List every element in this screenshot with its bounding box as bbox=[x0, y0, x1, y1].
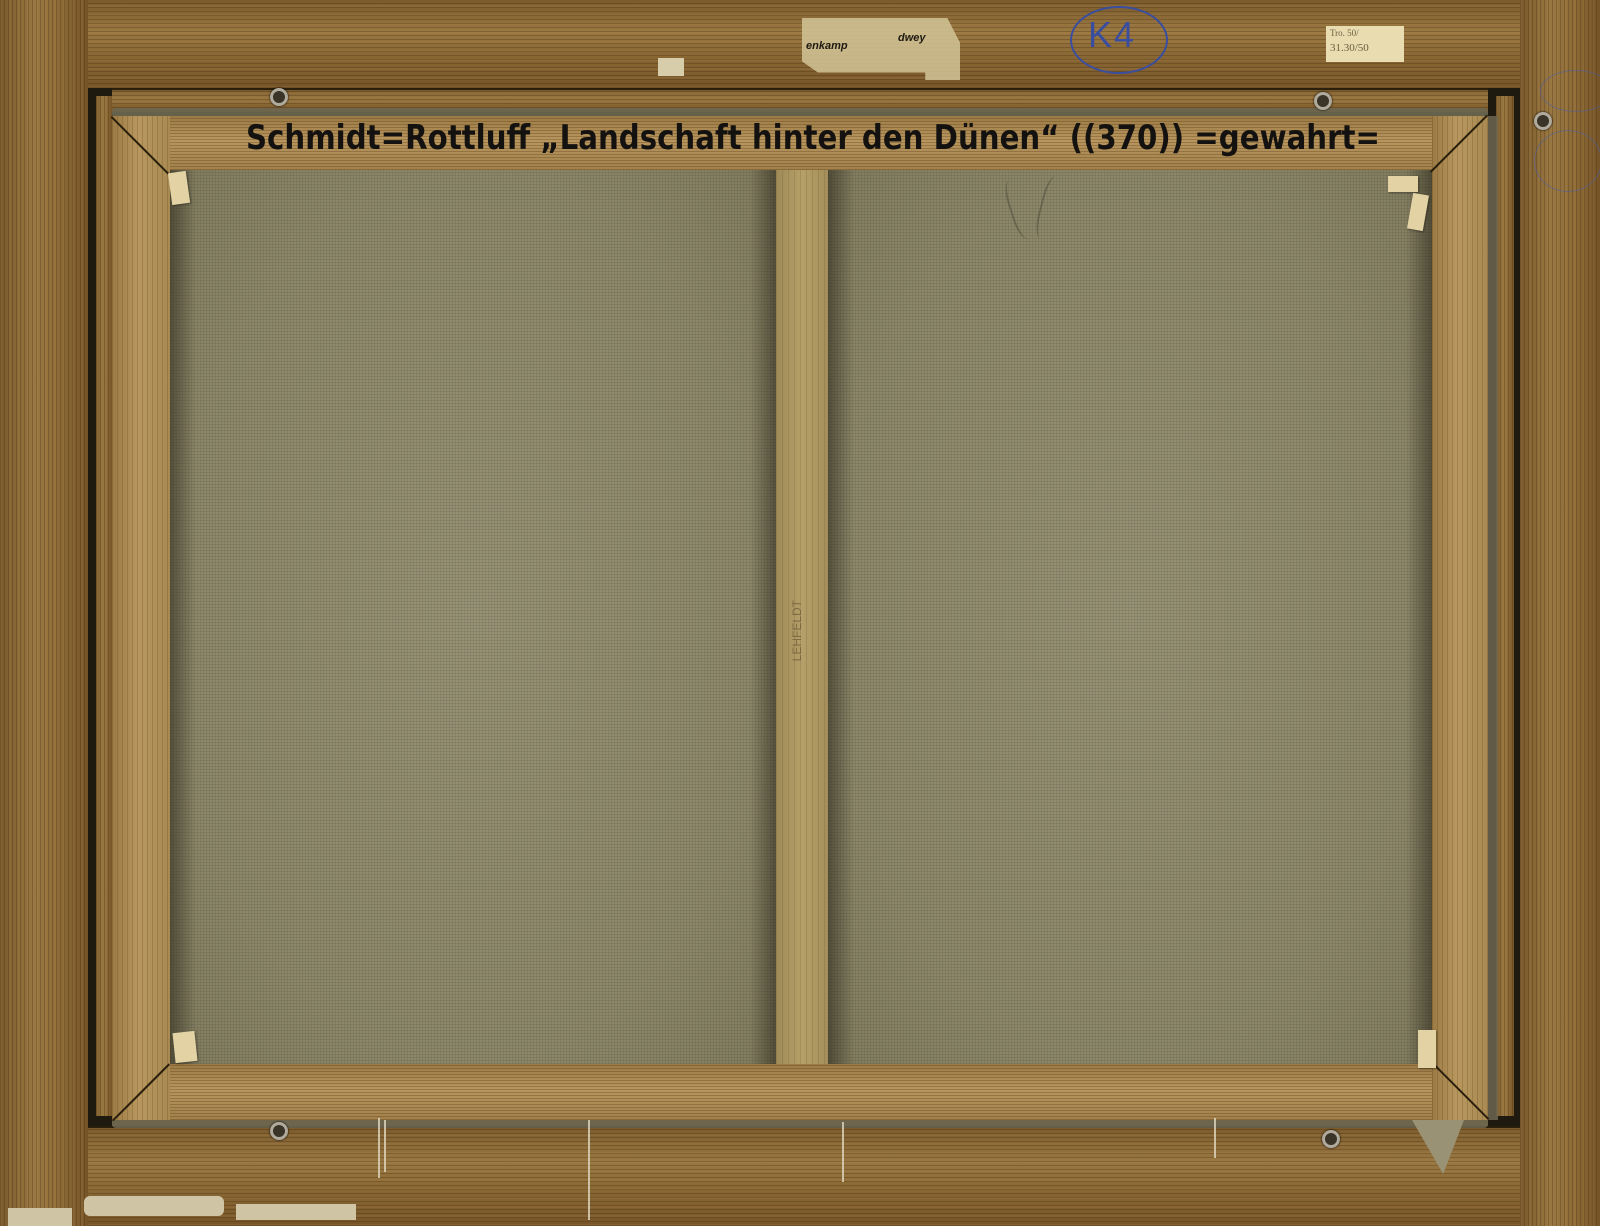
canvas-back-left-panel bbox=[170, 170, 776, 1064]
canvas-tacking-edge-right bbox=[1488, 116, 1498, 1120]
loose-thread bbox=[1214, 1118, 1216, 1158]
paper-remnant bbox=[84, 1196, 224, 1216]
stretcher-key-bottom-left bbox=[172, 1031, 197, 1063]
canvas-back-right-panel bbox=[828, 170, 1432, 1064]
paper-remnant bbox=[8, 1208, 72, 1226]
stretcher-key-bottom-right bbox=[1418, 1030, 1436, 1068]
loose-thread bbox=[384, 1120, 386, 1172]
tape-label-text-left: enkamp bbox=[806, 40, 848, 52]
screw-eye-hanger bbox=[1314, 92, 1332, 110]
shadow bbox=[750, 170, 776, 1064]
screw-eye-hanger bbox=[270, 1122, 288, 1140]
tape-label-text-right: dwey bbox=[898, 32, 926, 44]
outer-frame-left-rail bbox=[0, 0, 88, 1226]
shadow bbox=[828, 170, 854, 1064]
loose-thread bbox=[378, 1118, 380, 1178]
paper-tag-line-2: 31.30/50 bbox=[1330, 42, 1369, 54]
stretcher-maker-stamp: LEHFELDT bbox=[790, 600, 804, 661]
outer-frame-inner-left-lip bbox=[96, 96, 112, 1116]
screw-eye-hanger bbox=[1322, 1130, 1340, 1148]
small-paper-tag bbox=[658, 58, 684, 76]
blue-pencil-mark bbox=[1534, 130, 1600, 192]
handwritten-inscription: Schmidt=Rottluff „Landschaft hinter den … bbox=[246, 118, 1235, 168]
shadow bbox=[1406, 170, 1432, 1064]
inventory-mark-text: K4 bbox=[1088, 14, 1136, 56]
screw-eye-hanger bbox=[1534, 112, 1552, 130]
shadow bbox=[170, 170, 196, 1064]
stretcher-right-bar bbox=[1432, 116, 1488, 1120]
stretcher-left-bar bbox=[112, 116, 170, 1120]
stretcher-key-top-right bbox=[1388, 176, 1418, 192]
painting-reverse-photo: LEHFELDT enkamp dwey K4 Tro. 50/ 31.30/5… bbox=[0, 0, 1600, 1226]
paper-tag-line-1: Tro. 50/ bbox=[1330, 28, 1359, 38]
stretcher-bottom-bar bbox=[112, 1064, 1488, 1120]
paper-remnant bbox=[236, 1204, 356, 1220]
screw-eye-hanger bbox=[270, 88, 288, 106]
loose-thread bbox=[588, 1120, 590, 1220]
loose-thread bbox=[842, 1122, 844, 1182]
outer-frame-inner-right-lip bbox=[1496, 96, 1514, 1116]
